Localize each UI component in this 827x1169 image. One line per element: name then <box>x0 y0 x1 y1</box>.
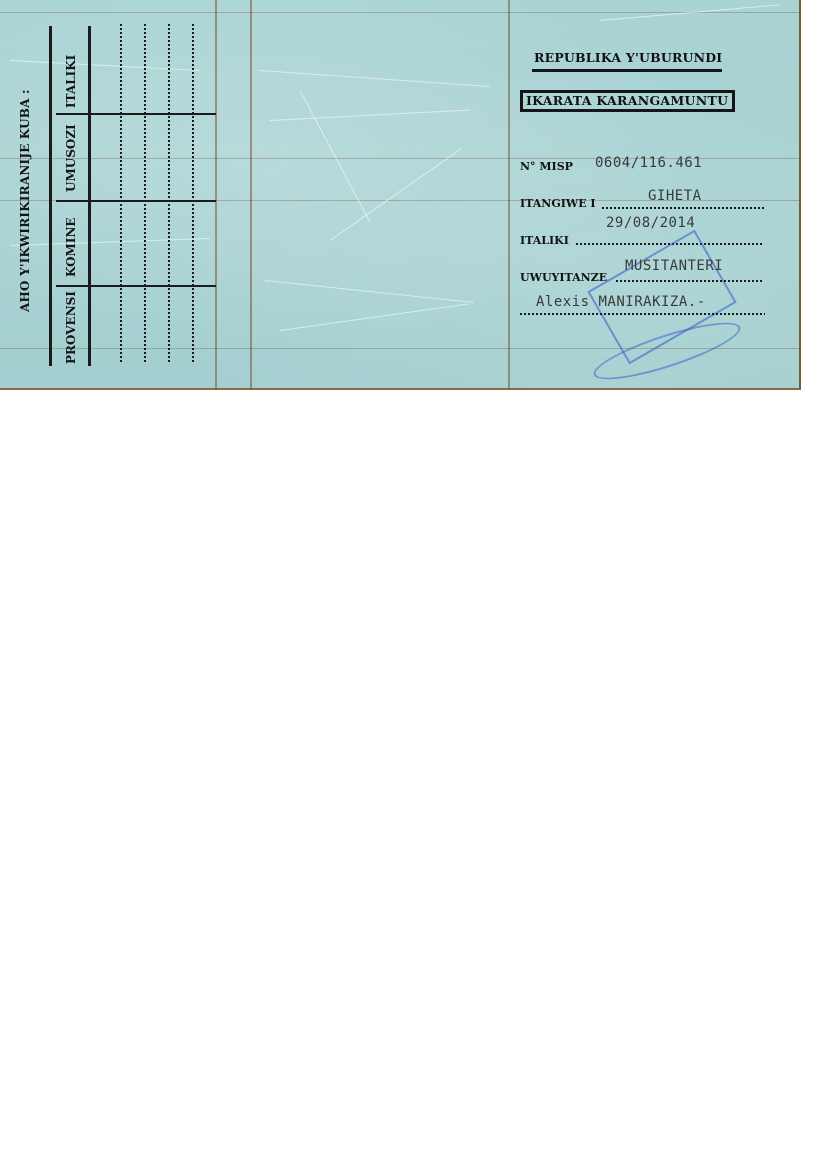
card-title: IKARATA KARANGAMUNTU <box>520 90 735 112</box>
entry-dotted-line <box>168 24 170 364</box>
title-underline <box>532 69 722 72</box>
dotted-line <box>520 313 765 315</box>
dotted-line <box>616 280 764 282</box>
crease <box>280 304 468 331</box>
crease <box>330 148 462 241</box>
column-header-umusozi: UMUSOZI <box>64 124 78 192</box>
crease <box>265 280 474 303</box>
crease <box>270 110 470 121</box>
field-value-issued-at: GIHETA <box>648 188 702 204</box>
crease <box>300 90 371 223</box>
column-header-provensi: PROVENSI <box>64 291 78 364</box>
column-header-komine: KOMINE <box>64 217 78 277</box>
table-border <box>88 26 91 366</box>
field-label-issued-at: ITANGIWE I <box>520 197 596 210</box>
field-label-date: ITALIKI <box>520 234 569 247</box>
column-header-italiki: ITALIKI <box>64 55 78 108</box>
field-label-misp: N° MISP <box>520 160 573 173</box>
field-value-misp: 0604/116.461 <box>595 155 702 171</box>
entry-dotted-line <box>120 24 122 364</box>
field-label-issuer: UWUYITANZE <box>520 271 607 284</box>
entry-dotted-line <box>192 24 194 364</box>
field-value-date: 29/08/2014 <box>606 215 695 231</box>
crease <box>10 60 200 71</box>
crease <box>10 238 210 246</box>
table-border <box>49 26 52 366</box>
left-panel-title: AHO Y'IKWIRIKIRANIJE KUBA : <box>18 89 32 312</box>
field-value-issuer-title: MUSITANTERI <box>625 258 723 274</box>
field-value-issuer-name: Alexis MANIRAKIZA.- <box>536 294 706 310</box>
fold-line <box>250 0 252 390</box>
dotted-line <box>602 207 764 209</box>
id-card: AHO Y'IKWIRIKIRANIJE KUBA : PROVENSI KOM… <box>0 0 801 390</box>
country-title: REPUBLIKA Y'UBURUNDI <box>534 50 722 65</box>
right-panel: REPUBLIKA Y'UBURUNDI IKARATA KARANGAMUNT… <box>520 0 780 390</box>
crease <box>260 70 490 87</box>
entry-dotted-line <box>144 24 146 364</box>
fold-line <box>215 0 217 390</box>
fold-line <box>508 0 510 390</box>
